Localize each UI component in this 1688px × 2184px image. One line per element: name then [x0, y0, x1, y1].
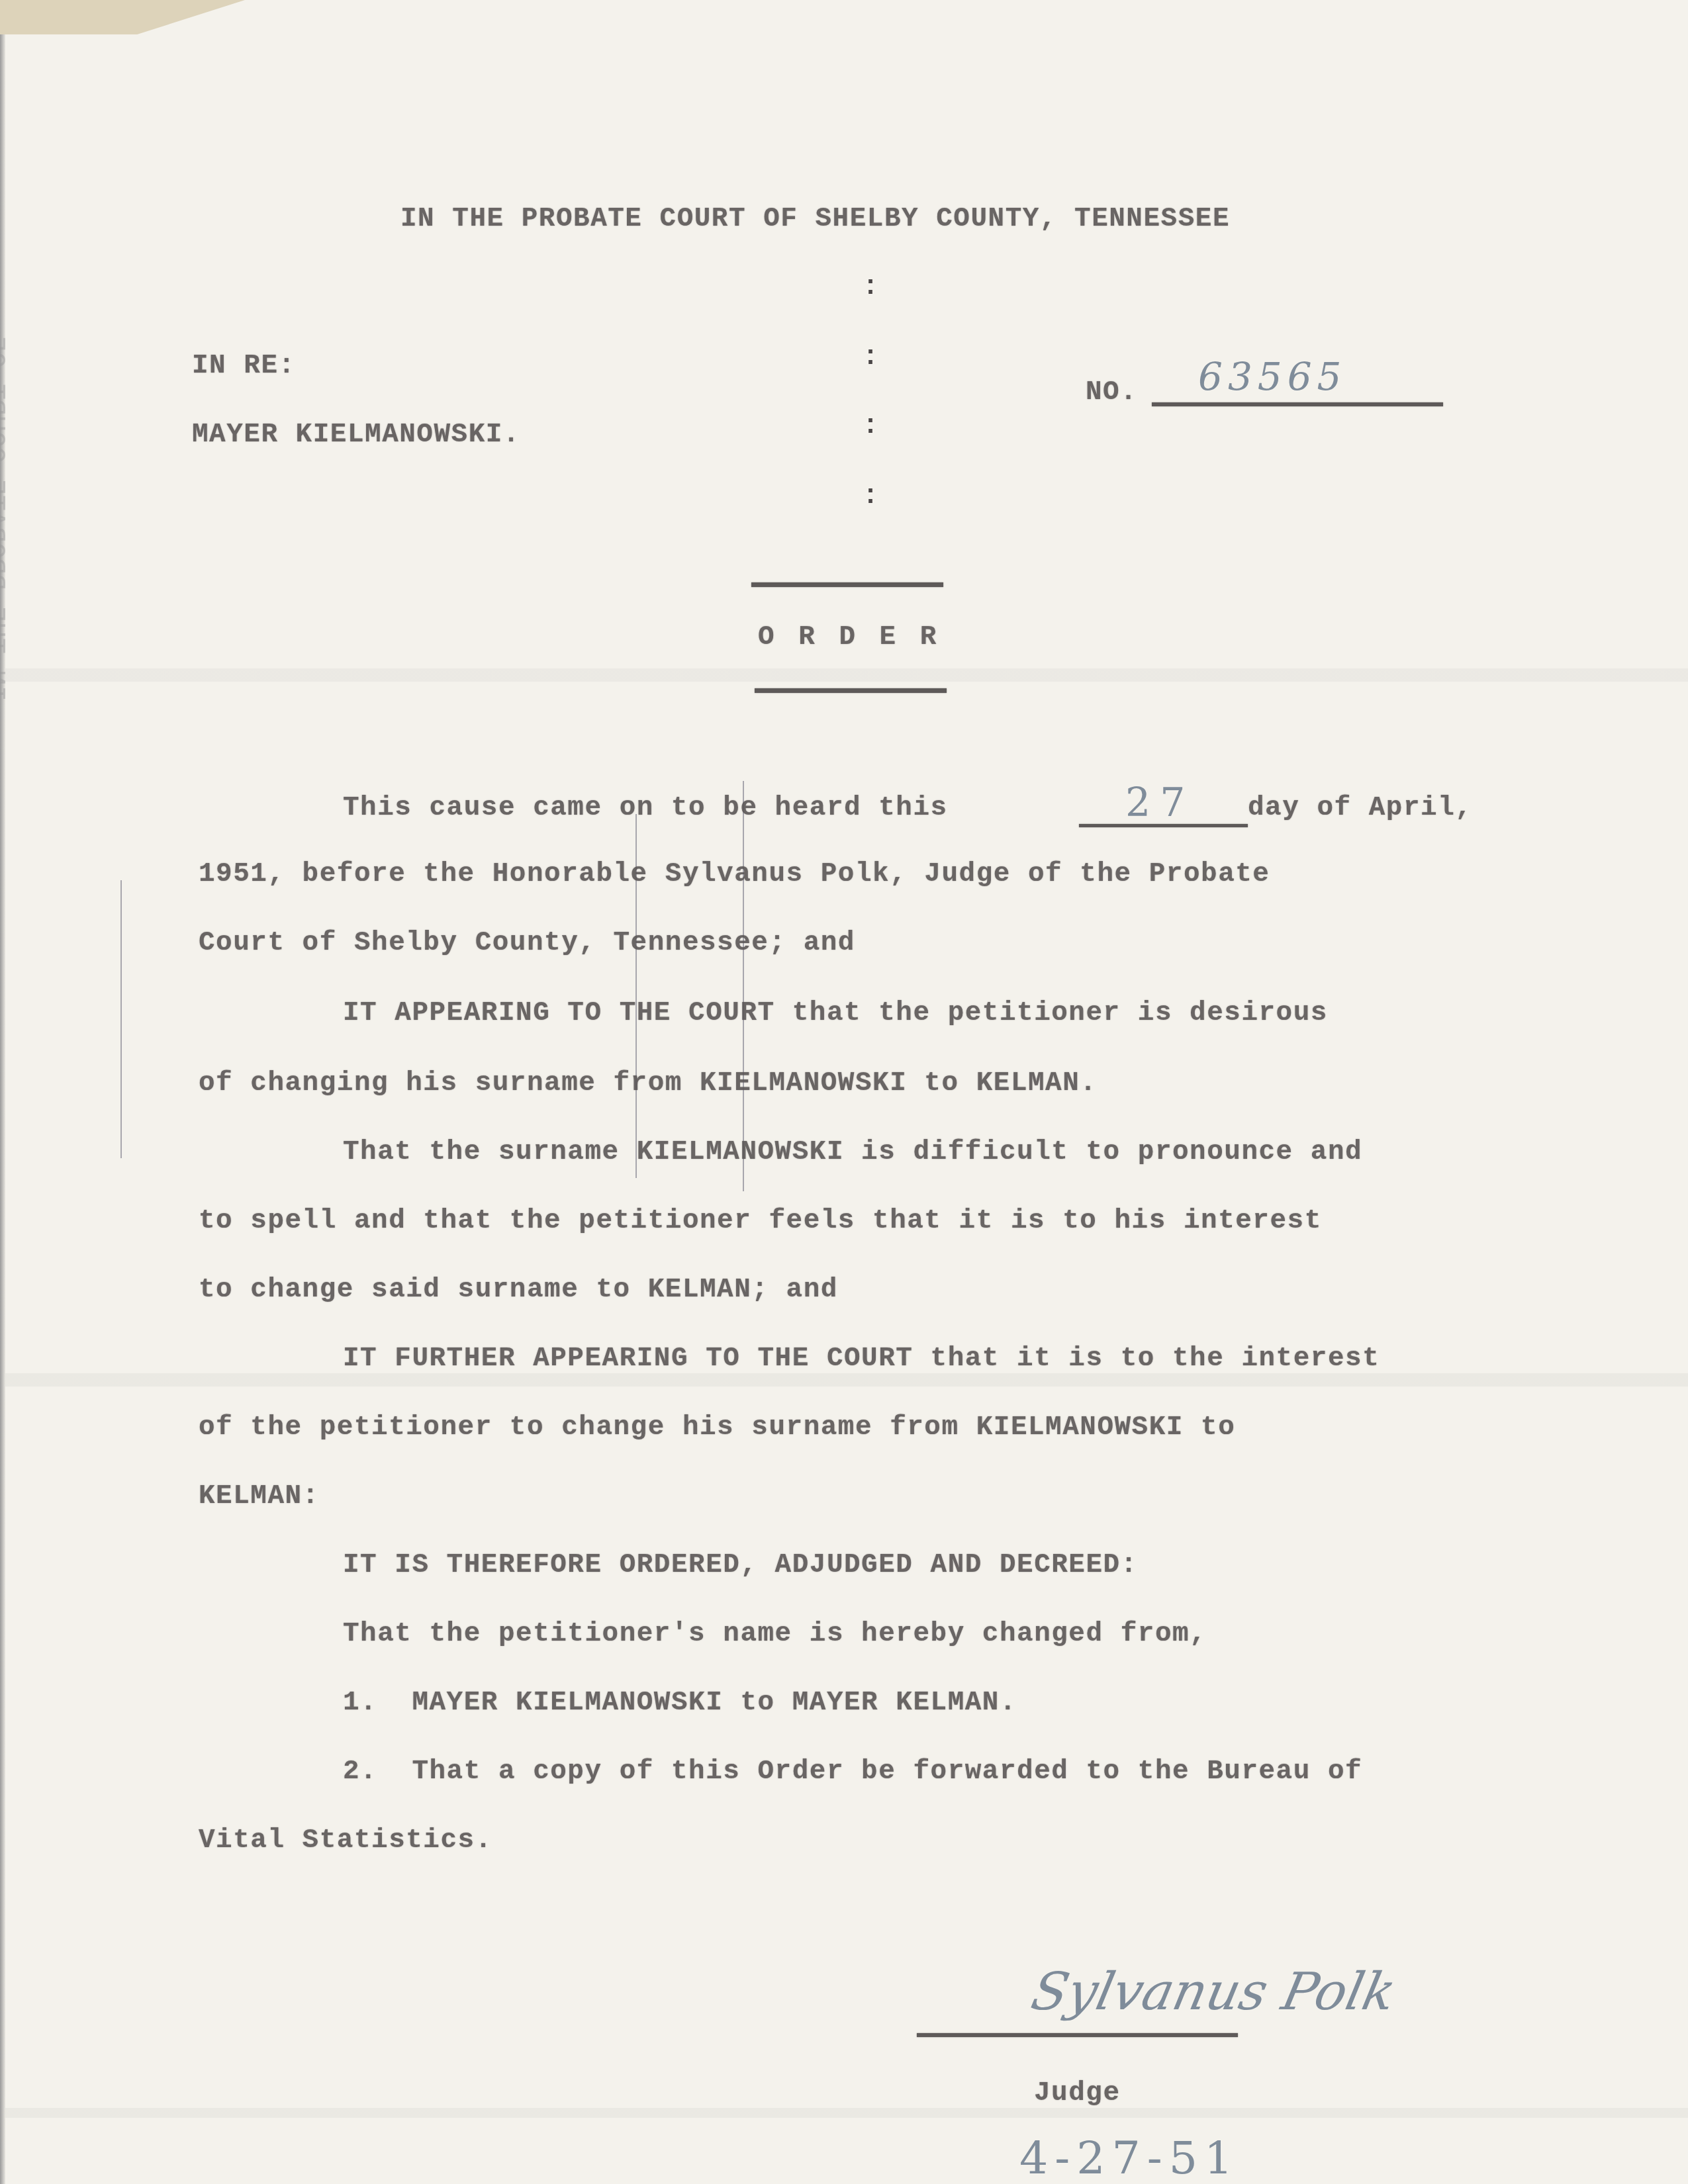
order-item-1: 1. MAYER KIELMANOWSKI to MAYER KELMAN. — [343, 1688, 1017, 1718]
body-text: Court of Shelby County, Tennessee; and — [199, 928, 855, 958]
body-text: 1951, before the Honorable Sylvanus Polk… — [199, 859, 1270, 889]
day-value: 27 — [1125, 780, 1194, 826]
bleed-through-line — [743, 781, 744, 1191]
body-text: of changing his surname from KIELMANOWSK… — [199, 1068, 1097, 1099]
title-rule-top — [751, 582, 943, 587]
handwritten-date: 4-27-51 — [1019, 2132, 1239, 2184]
signature-line — [917, 2033, 1238, 2037]
body-text: day of April, — [1248, 793, 1472, 823]
in-re-label: IN RE: — [192, 351, 296, 381]
body-text: IT APPEARING TO THE COURT that the petit… — [343, 998, 1328, 1028]
body-text: That the petitioner's name is hereby cha… — [343, 1619, 1207, 1649]
caption-separator: : — [863, 482, 878, 512]
bleed-through-right: ISAAC & WALLACE Attorneys at Law 1418 St… — [1609, 715, 1688, 972]
judge-signature: Sylvanus Polk — [1026, 1962, 1401, 2022]
body-text: This cause came on to be heard this — [343, 793, 948, 823]
caption-separator: : — [863, 273, 878, 302]
case-number-value: 63565 — [1198, 354, 1347, 399]
caption-separator: : — [863, 412, 878, 441]
day-underline — [1079, 824, 1248, 827]
case-number-underline — [1152, 402, 1443, 406]
order-item-2-cont: Vital Statistics. — [199, 1825, 492, 1856]
party-name: MAYER KIELMANOWSKI. — [192, 420, 520, 450]
order-item-2: 2. That a copy of this Order be forwarde… — [343, 1756, 1362, 1787]
judge-title: Judge — [1034, 2078, 1121, 2109]
decree-heading: IT IS THEREFORE ORDERED, ADJUDGED AND DE… — [343, 1550, 1138, 1580]
body-text: to spell and that the petitioner feels t… — [199, 1206, 1322, 1236]
caption-separator: : — [863, 343, 878, 373]
bleed-through-left: IN THE PROBATE COURT OF SHELBY COUNTY, T… — [0, 320, 99, 728]
order-title: O R D E R — [758, 622, 940, 653]
title-rule-bottom — [755, 688, 947, 693]
body-text: of the petitioner to change his surname … — [199, 1412, 1235, 1443]
case-number-label: NO. — [1086, 377, 1137, 408]
court-header: IN THE PROBATE COURT OF SHELBY COUNTY, T… — [400, 204, 1230, 234]
body-text: IT FURTHER APPEARING TO THE COURT that i… — [343, 1343, 1380, 1374]
body-text: KELMAN: — [199, 1481, 320, 1512]
body-text: to change said surname to KELMAN; and — [199, 1275, 838, 1305]
body-text: That the surname KIELMANOWSKI is difficu… — [343, 1137, 1362, 1167]
bleed-through-line — [120, 880, 122, 1158]
